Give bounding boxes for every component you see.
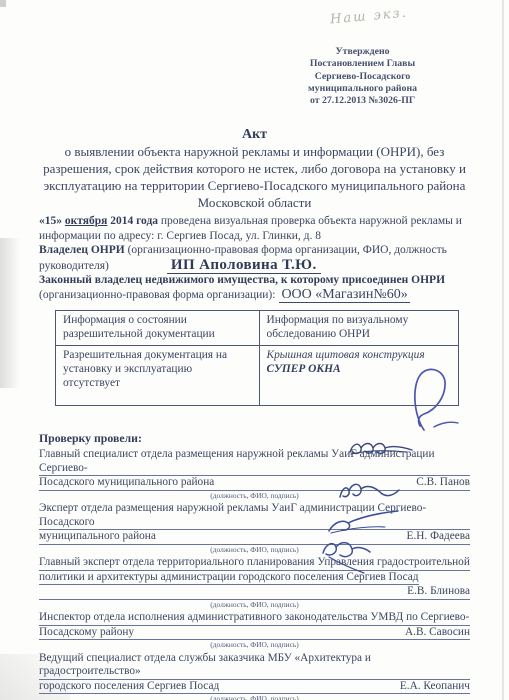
- signature-caption: (должность, ФИО, подпись): [39, 640, 470, 650]
- signature-block-blinova: Главный эксперт отдела территориального …: [39, 556, 470, 609]
- legal-owner-value-line: (организационно-правовая форма организац…: [39, 288, 470, 303]
- job-title-text: муниципального района: [39, 530, 156, 544]
- owner-label: Владелец ОНРИ: [39, 244, 125, 256]
- owner-label-line: Владелец ОНРИ (организационно-правовая ф…: [39, 243, 470, 258]
- legal-owner-value: ООО «Магазин№60»: [279, 287, 409, 303]
- inspection-date-open: «15»: [39, 215, 62, 227]
- inspector-name: А.В. Савосин: [397, 626, 470, 640]
- signature-block-keopanich: Ведущий специалист отдела службы заказчи…: [39, 652, 470, 700]
- job-title-line: Главный специалист отдела размещения нар…: [39, 448, 470, 476]
- inspection-date-year: 2014 года: [110, 215, 158, 227]
- job-title-line: Посадского муниципального района С.В. Па…: [39, 476, 470, 491]
- observation-text: Крышная щитовая конструкция: [267, 349, 425, 361]
- job-title-text: политики и архитектуры администрации гор…: [39, 571, 419, 586]
- job-title-line: Главный эксперт отдела территориального …: [39, 556, 470, 571]
- job-title-line: Ведущий специалист отдела службы заказчи…: [39, 652, 470, 680]
- subtitle-line: разрешения, срок действия которого не ис…: [39, 160, 470, 177]
- signature-name-line: Е.В. Блинова: [39, 585, 470, 600]
- signatures-area: Главный специалист отдела размещения нар…: [39, 448, 470, 700]
- job-title-text: Посадскому району: [39, 626, 134, 640]
- legal-owner-label: Законный владелец недвижимого имущества,…: [39, 274, 445, 286]
- signature-caption: (должность, ФИО, подпись): [39, 545, 470, 555]
- table-header-cell-observation: Информация по визуальному обследованию О…: [259, 311, 459, 346]
- document-subtitle: о выявлении объекта наружной рекламы и и…: [39, 143, 470, 211]
- legal-owner-paren: (организационно-правовая форма организац…: [39, 289, 275, 301]
- observation-brand: СУПЕР ОКНА: [267, 363, 341, 375]
- legal-owner-label-line: Законный владелец недвижимого имущества,…: [39, 273, 470, 288]
- job-title-text: городского поселения Сергиев Посад: [39, 680, 219, 694]
- document-body: Акт о выявлении объекта наружной рекламы…: [39, 0, 470, 700]
- table-cell-documentation-status: Разрешительная документация на установку…: [56, 346, 260, 406]
- owner-value-line: руководителя)ИП Аполовина Т.Ю.: [39, 258, 470, 274]
- inspection-info-table: Информация о состоянии разрешительной до…: [55, 310, 459, 406]
- scan-artifact-top-left: [0, 0, 6, 7]
- inspector-name: Е.Н. Фадеева: [399, 530, 470, 544]
- inspector-name: С.В. Панов: [408, 476, 470, 490]
- table-cell-observation-result: Крышная щитовая конструкция СУПЕР ОКНА: [259, 346, 459, 406]
- job-title-line: Инспектор отдела исполнения администрати…: [39, 611, 470, 626]
- signature-block-savosin: Инспектор отдела исполнения администрати…: [39, 611, 470, 650]
- owner-paren-1: (организационно-правовая форма организац…: [128, 244, 447, 256]
- signature-block-fadeeva: Эксперт отдела размещения наружной рекла…: [39, 502, 470, 554]
- scan-page-edge-shadow: [502, 0, 504, 700]
- inspection-intro-paragraph: «15» октября 2014 года проведена визуаль…: [39, 214, 470, 243]
- table-header-cell-documentation: Информация о состоянии разрешительной до…: [56, 311, 260, 346]
- intro-line-2: информации по адресу: г. Сергиев Посад, …: [39, 229, 470, 244]
- signature-caption: (должность, ФИО, подпись): [39, 491, 470, 501]
- inspectors-heading: Проверку провели:: [39, 431, 470, 445]
- intro-line-1: «15» октября 2014 года проведена визуаль…: [39, 214, 470, 229]
- owner-value: ИП Аполовина Т.Ю.: [167, 257, 321, 274]
- job-title-line: Посадскому району А.В. Савосин: [39, 626, 470, 641]
- signature-caption: (должность, ФИО, подпись): [39, 600, 470, 610]
- inspection-date-month: октября: [65, 215, 107, 227]
- scanned-document-page: Наш экз. Утверждено Постановлением Главы…: [0, 0, 509, 700]
- signature-block-panov: Главный специалист отдела размещения нар…: [39, 448, 470, 500]
- table-row: Разрешительная документация на установку…: [56, 346, 459, 406]
- job-title-line: муниципального района Е.Н. Фадеева: [39, 530, 470, 545]
- job-title-line: городского поселения Сергиев Посад Е.А. …: [39, 680, 470, 695]
- job-title-line: Эксперт отдела размещения наружной рекла…: [39, 502, 470, 530]
- signature-caption: (должность, ФИО, подпись): [39, 694, 470, 700]
- scan-artifact-left-streak: [0, 238, 20, 388]
- subtitle-line: Московской области: [39, 194, 470, 211]
- table-header-row: Информация о состоянии разрешительной до…: [56, 311, 459, 346]
- owner-section: Владелец ОНРИ (организационно-правовая ф…: [39, 243, 470, 302]
- inspector-name: Е.В. Блинова: [399, 585, 470, 599]
- owner-paren-2: руководителя): [39, 260, 109, 272]
- subtitle-line: эксплуатацию на территории Сергиево-Поса…: [39, 177, 470, 194]
- subtitle-line: о выявлении объекта наружной рекламы и и…: [39, 143, 470, 160]
- job-title-text: Посадского муниципального района: [39, 476, 214, 490]
- document-title: Акт: [39, 126, 470, 143]
- intro-text: проведена визуальная проверка объекта на…: [161, 215, 462, 227]
- job-title-line: политики и архитектуры администрации гор…: [39, 571, 470, 586]
- inspector-name: Е.А. Кеопанич: [392, 680, 470, 694]
